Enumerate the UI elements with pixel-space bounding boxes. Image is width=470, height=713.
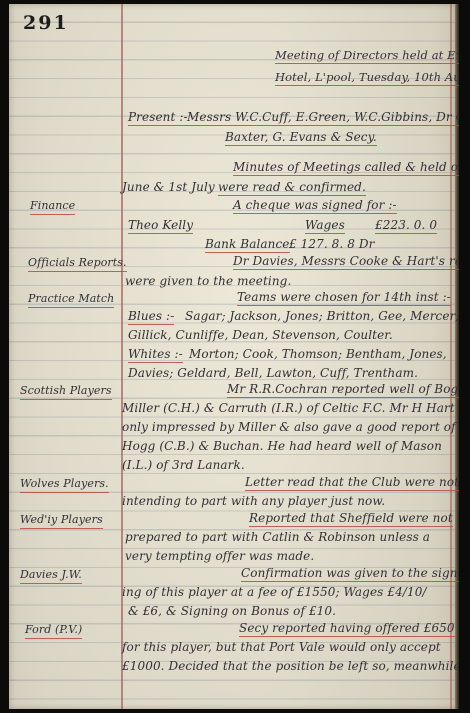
whites-label: Whites :-: [128, 347, 183, 363]
scanned-minute-book-photo: { "doc": { "page_number": "291", "header…: [0, 0, 470, 713]
finance-wages-label: Wages: [305, 218, 345, 234]
davies-line3: & £6, & Signing on Bonus of £10.: [128, 604, 336, 618]
margin-label-ford-pv: Ford (P.V.): [25, 623, 82, 639]
wolves-line2: intending to part with any player just n…: [122, 494, 385, 508]
finance-heading: A cheque was signed for :-: [233, 198, 397, 214]
davies-line1: Confirmation was given to the sign-: [241, 566, 459, 582]
scottish-line5: (I.L.) of 3rd Lanark.: [122, 458, 245, 472]
margin-label-davies-jw: Davies J.W.: [20, 568, 82, 584]
page-number: 291: [23, 12, 69, 34]
finance-bank-balance-amount: £ 127. 8. 8 Dr: [289, 237, 374, 251]
margin-label-wednesday-players: Wed'iy Players: [20, 513, 103, 529]
blues-team-line2: Gillick, Cunliffe, Dean, Stevenson, Coul…: [128, 328, 393, 342]
ledger-page: 291 Meeting of Directors held at Exchang…: [9, 4, 459, 709]
whites-team-line2: Davies; Geldard, Bell, Lawton, Cuff, Tre…: [128, 366, 418, 380]
margin-label-scottish-players: Scottish Players: [20, 384, 112, 400]
blues-label: Blues :-: [128, 309, 174, 325]
finance-wages-amount: £223. 0. 0: [375, 218, 437, 234]
meeting-title-line1: Meeting of Directors held at Exchange: [275, 48, 459, 64]
present-names-line1: Messrs W.C.Cuff, E.Green, W.C.Gibbins, D…: [187, 110, 459, 126]
margin-label-wolves-players: Wolves Players.: [20, 477, 109, 493]
margin-label-officials-reports: Officials Reports.: [28, 256, 127, 272]
minutes-confirmed-line2b: were read & confirmed.: [218, 180, 366, 196]
finance-bank-balance-label: Bank Balance: [205, 237, 290, 253]
left-margin-rule: [121, 4, 123, 709]
finance-payee: Theo Kelly: [128, 218, 193, 234]
blues-team-line1: Sagar; Jackson, Jones; Britton, Gee, Mer…: [185, 309, 459, 323]
ford-line1: Secy reported having offered £650: [239, 621, 455, 637]
wednesday-line3: very tempting offer was made.: [125, 549, 314, 563]
ford-line2: for this player, but that Port Vale woul…: [122, 640, 441, 654]
scottish-line4: Hogg (C.B.) & Buchan. He had heard well …: [122, 439, 442, 453]
scottish-line1: Mr R.R.Cochran reported well of Bogle (R…: [227, 382, 459, 398]
officials-line2: were given to the meeting.: [125, 274, 291, 288]
wolves-line1: Letter read that the Club were not: [245, 475, 459, 491]
ford-line3: £1000. Decided that the position be left…: [122, 659, 459, 673]
officials-line1: Dr Davies, Messrs Cooke & Hart's reports: [233, 254, 459, 270]
present-names-line2: Baxter, G. Evans & Secy.: [225, 130, 377, 146]
practice-heading: Teams were chosen for 14th inst :-: [237, 290, 451, 306]
davies-line2: ing of this player at a fee of £1550; Wa…: [122, 585, 427, 599]
meeting-title-line2: Hotel, L'pool, Tuesday, 10th Augt 1937: [275, 70, 459, 86]
scottish-line2: Miller (C.H.) & Carruth (I.R.) of Celtic…: [122, 401, 459, 415]
present-label: Present :-: [128, 110, 188, 126]
wednesday-line1: Reported that Sheffield were not: [249, 511, 453, 527]
margin-label-finance: Finance: [30, 199, 75, 215]
margin-label-practice-match: Practice Match: [28, 292, 114, 308]
scottish-line3: only impressed by Miller & also gave a g…: [122, 420, 456, 434]
minutes-confirmed-line2a: June & 1st July: [122, 180, 215, 194]
minutes-confirmed-line1: Minutes of Meetings called & held on 29t…: [233, 160, 459, 176]
whites-team-line1: Morton; Cook, Thomson; Bentham, Jones,: [189, 347, 447, 361]
wednesday-line2: prepared to part with Catlin & Robinson …: [125, 530, 430, 544]
